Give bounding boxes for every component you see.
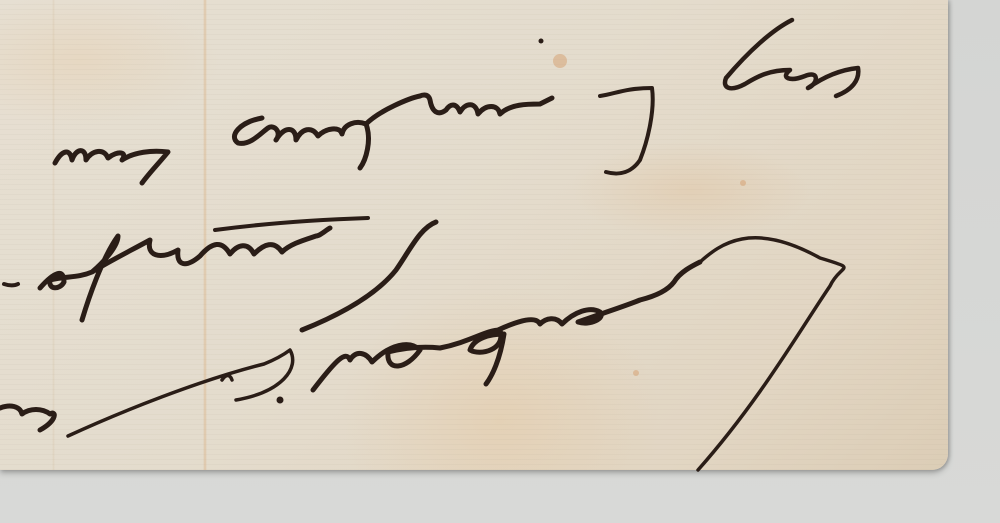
- word-mes: [55, 151, 168, 183]
- handwriting-ink: [0, 0, 1000, 523]
- word-bien: [725, 20, 858, 96]
- word-affectueux: [4, 218, 436, 330]
- signature-j-maquet: [68, 238, 844, 470]
- word-les: [0, 406, 54, 430]
- word-compliments: [234, 39, 652, 174]
